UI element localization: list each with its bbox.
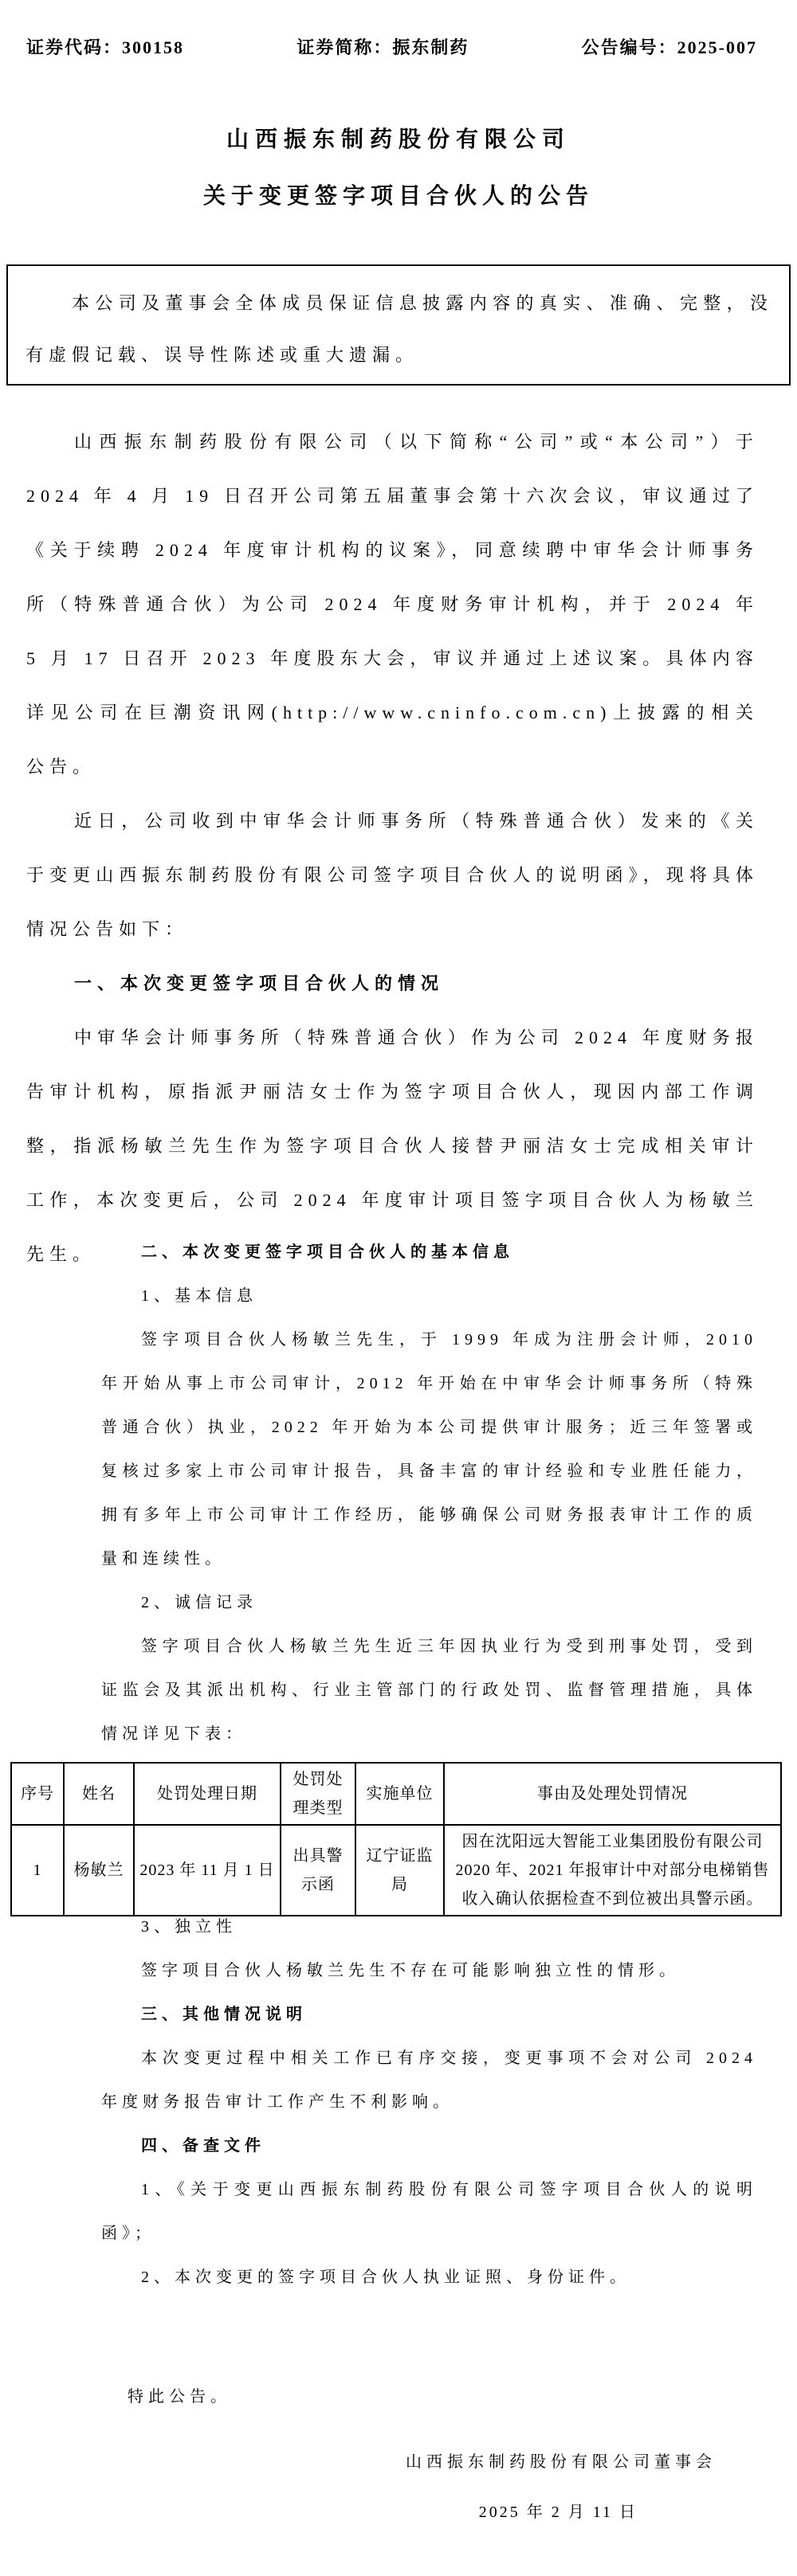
section1-heading: 一、本次变更签字项目合伙人的情况 <box>26 957 759 1011</box>
intro-paragraph-1: 山西振东制药股份有限公司（以下简称“公司”或“本公司”）于 2024 年 4 月… <box>26 415 759 794</box>
independence-heading: 3、独立性 <box>101 1905 757 1949</box>
table-cell-authority: 辽宁证监局 <box>355 1825 444 1916</box>
header-meta: 证券代码：300158 证券简称：振东制药 公告编号：2025-007 <box>26 33 757 62</box>
signature-date: 2025 年 2 月 11 日 <box>479 2491 638 2535</box>
basic-info-paragraph: 签字项目合伙人杨敏兰先生，于 1999 年成为注册会计师，2010 年开始从事上… <box>101 1318 757 1581</box>
table-cell-reason: 因在沈阳远大智能工业集团股份有限公司 2020 年、2021 年报审计中对部分电… <box>444 1825 781 1916</box>
intro-paragraph-2: 近日，公司收到中审华会计师事务所（特殊普通合伙）发来的《关于变更山西振东制药股份… <box>26 794 759 957</box>
basic-info-heading: 1、基本信息 <box>101 1274 757 1318</box>
table-cell-name: 杨敏兰 <box>64 1825 134 1916</box>
table-header-authority: 实施单位 <box>355 1763 444 1825</box>
table-cell-index: 1 <box>11 1825 64 1916</box>
disclaimer-box: 本公司及董事会全体成员保证信息披露内容的真实、准确、完整，没有虚假记载、误导性陈… <box>6 264 791 386</box>
main-body: 山西振东制药股份有限公司（以下简称“公司”或“本公司”）于 2024 年 4 月… <box>26 415 759 1282</box>
disclaimer-text: 本公司及董事会全体成员保证信息披露内容的真实、准确、完整，没有虚假记载、误导性陈… <box>26 293 773 365</box>
section3-paragraph: 本次变更过程中相关工作已有序交接，变更事项不会对公司 2024 年度财务报告审计… <box>101 2037 757 2124</box>
document-item-2: 2、本次变更的签字项目合伙人执业证照、身份证件。 <box>101 2256 757 2300</box>
company-name-title: 山西振东制药股份有限公司 <box>0 123 797 157</box>
announcement-title: 关于变更签字项目合伙人的公告 <box>0 180 797 213</box>
stock-code: 证券代码：300158 <box>26 33 184 62</box>
announcement-number: 公告编号：2025-007 <box>582 33 757 62</box>
section2-upper: 二、本次变更签字项目合伙人的基本信息 1、基本信息 签字项目合伙人杨敏兰先生，于… <box>101 1231 757 1756</box>
closing-statement: 特此公告。 <box>128 2375 231 2419</box>
table-cell-type: 出具警示函 <box>281 1825 355 1916</box>
section2-heading: 二、本次变更签字项目合伙人的基本信息 <box>101 1231 757 1274</box>
announcement-document: 证券代码：300158 证券简称：振东制药 公告编号：2025-007 山西振东… <box>0 0 797 2576</box>
table-header-type: 处罚处理类型 <box>281 1763 355 1825</box>
penalty-table-header-row: 序号 姓名 处罚处理日期 处罚处理类型 实施单位 事由及处理处罚情况 <box>11 1763 781 1825</box>
document-item-1: 1、《关于变更山西振东制药股份有限公司签字项目合伙人的说明函》； <box>101 2168 757 2256</box>
integrity-record-paragraph: 签字项目合伙人杨敏兰先生近三年因执业行为受到刑事处罚，受到证监会及其派出机构、行… <box>101 1625 757 1756</box>
table-header-reason: 事由及处理处罚情况 <box>444 1763 781 1825</box>
table-header-date: 处罚处理日期 <box>134 1763 281 1825</box>
stock-abbr: 证券简称：振东制药 <box>296 33 469 62</box>
table-header-name: 姓名 <box>64 1763 134 1825</box>
penalty-table: 序号 姓名 处罚处理日期 处罚处理类型 实施单位 事由及处理处罚情况 1 杨敏兰… <box>10 1762 782 1916</box>
table-cell-date: 2023 年 11 月 1 日 <box>134 1825 281 1916</box>
independence-paragraph: 签字项目合伙人杨敏兰先生不存在可能影响独立性的情形。 <box>101 1949 757 1993</box>
section4-heading: 四、备查文件 <box>101 2124 757 2168</box>
table-header-index: 序号 <box>11 1763 64 1825</box>
integrity-record-heading: 2、诚信记录 <box>101 1581 757 1625</box>
penalty-table-row: 1 杨敏兰 2023 年 11 月 1 日 出具警示函 辽宁证监局 因在沈阳远大… <box>11 1825 781 1916</box>
section2-lower: 3、独立性 签字项目合伙人杨敏兰先生不存在可能影响独立性的情形。 三、其他情况说… <box>101 1905 757 2300</box>
section3-heading: 三、其他情况说明 <box>101 1993 757 2037</box>
signature-company: 山西振东制药股份有限公司董事会 <box>406 2441 717 2484</box>
